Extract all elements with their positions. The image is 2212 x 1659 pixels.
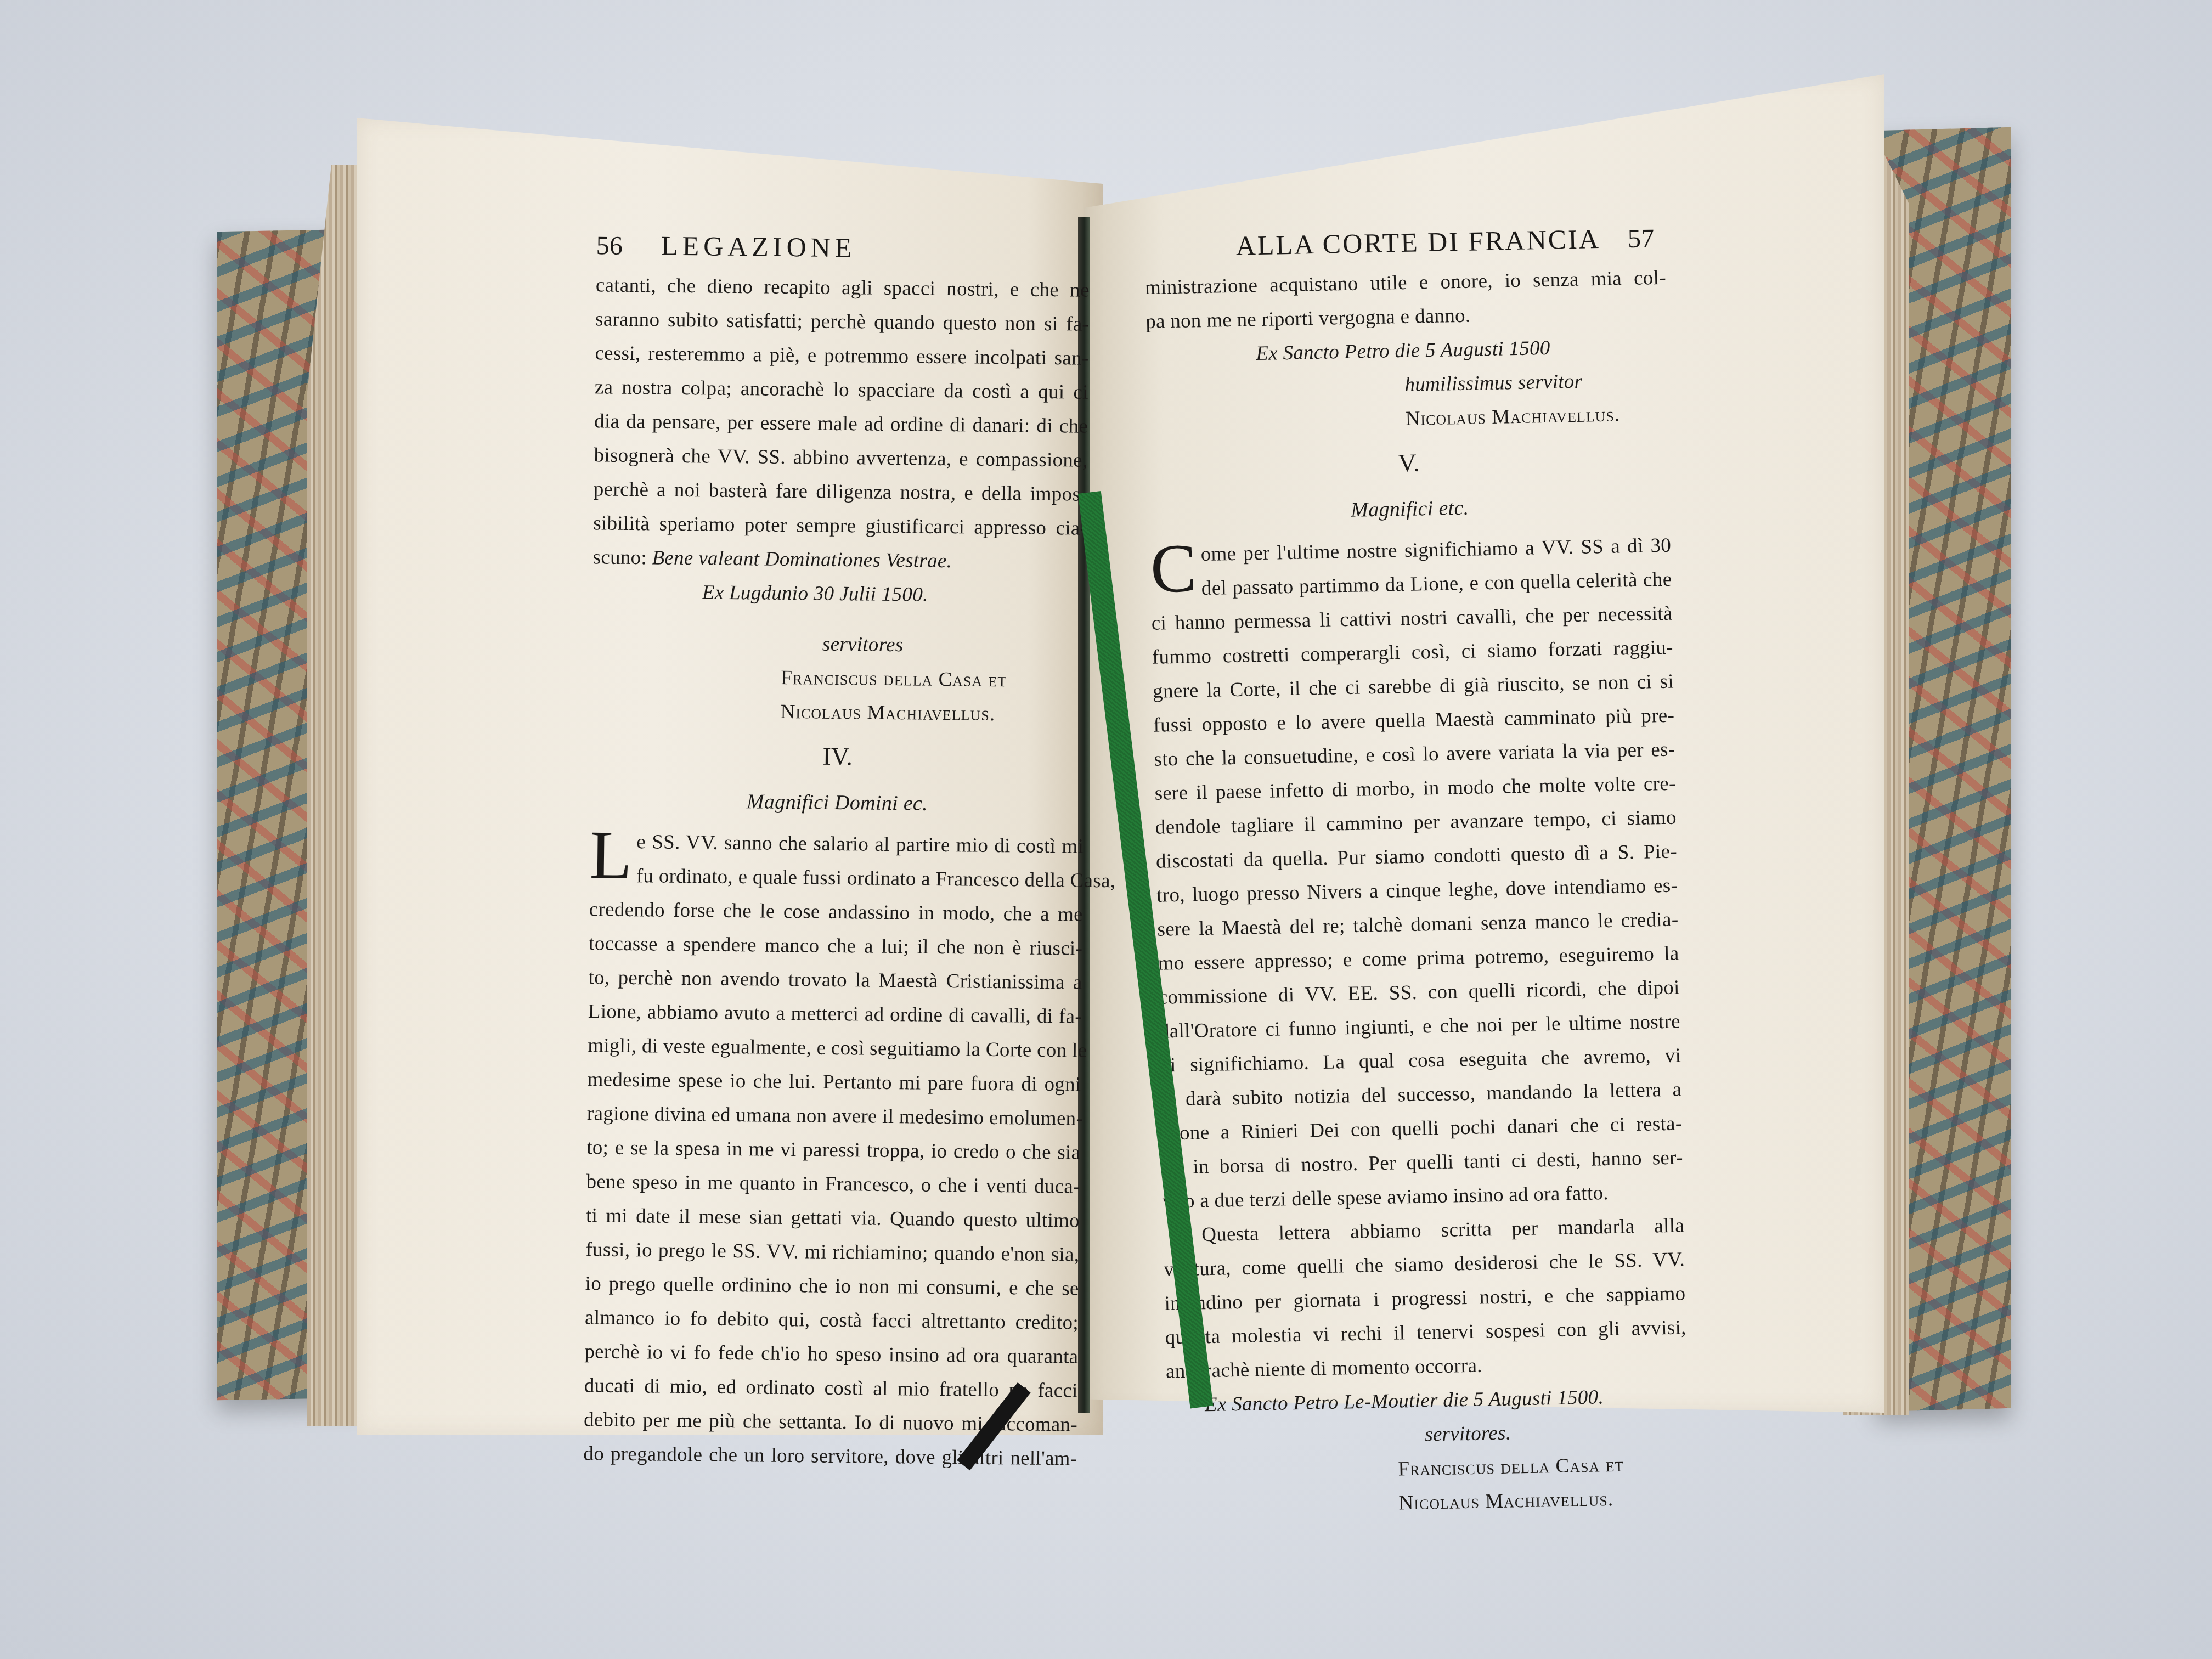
dateline: Ex Lugdunio 30 Julii 1500. <box>592 574 1087 613</box>
text-line: cessi, resteremmo a piè, e potremmo esse… <box>595 336 1089 375</box>
running-head-title: LEGAZIONE <box>661 229 856 265</box>
salutation: Magnifici etc. <box>1149 487 1671 531</box>
text-line: za nostra colpa; ancorachè lo spacciare … <box>595 370 1089 409</box>
text-line: do pregandole che un loro servitore, dov… <box>583 1437 1077 1476</box>
page-number: 56 <box>596 229 623 263</box>
page-number: 57 <box>1627 222 1655 256</box>
text-line: toccasse a spendere manco che a lui; il … <box>589 927 1083 966</box>
text-line: io prego quelle ordinino che io non mi c… <box>585 1267 1079 1306</box>
dropcap: C <box>1150 540 1197 598</box>
text-line: e SS. VV. sanno che salario al partire m… <box>590 825 1084 864</box>
text-line: fussi, io prego le SS. VV. mi richiamino… <box>585 1233 1080 1272</box>
signatory: Franciscus della Casa et <box>591 659 1086 698</box>
text-line: ragione divina ed umana non avere il med… <box>587 1097 1081 1136</box>
signoff-label: servitores <box>592 625 1086 664</box>
text-line: sibilità speriamo poter sempre giustific… <box>593 506 1087 545</box>
text-line: medesime spese io che lui. Pertanto mi p… <box>587 1063 1081 1102</box>
text-line: saranno subito satisfatti; perchè quando… <box>595 302 1090 341</box>
book-photo: 56 LEGAZIONE catanti, che dieno recapito… <box>0 0 2212 1659</box>
text-line: catanti, che dieno recapito agli spacci … <box>595 268 1090 307</box>
running-head-title: ALLA CORTE DI FRANCIA <box>1235 222 1600 263</box>
closing-line: scuno: Bene valeant Dominationes Vestrae… <box>592 540 1087 579</box>
text-line: to; e se la spesa in me vi paressi tropp… <box>586 1131 1081 1170</box>
text-line: ti mi date il mese sian gettati via. Qua… <box>586 1199 1080 1238</box>
text-line: bisognerà che VV. SS. abbino avvertenza,… <box>594 438 1088 477</box>
letter-number: V. <box>1148 441 1670 485</box>
closing-prefix: scuno: <box>592 546 647 569</box>
left-running-head: 56 LEGAZIONE <box>596 228 1090 268</box>
left-page-text: 56 LEGAZIONE catanti, che dieno recapito… <box>583 228 1090 1476</box>
text-line: credendo forse che le cose andassino in … <box>589 893 1084 932</box>
text-line: migli, di veste egualmente, e così segui… <box>588 1029 1082 1068</box>
text-line: dia da pensare, per essere male ad ordin… <box>594 404 1088 443</box>
text-line: perchè a noi basterà fare diligenza nost… <box>594 472 1088 511</box>
text-line: fu ordinato, e quale fussi ordinato a Fr… <box>589 859 1084 898</box>
dropcap: L <box>589 827 632 884</box>
letter-number: IV. <box>591 737 1085 776</box>
signatory: Nicolaus Machiavellus. <box>591 693 1085 732</box>
closing-formula: Bene valeant Dominationes Vestrae. <box>652 546 952 572</box>
text-line: to, perchè non avendo trovato la Maestà … <box>588 961 1082 1000</box>
text-line: Lione, abbiamo avuto a metterci ad ordin… <box>588 995 1082 1034</box>
salutation: Magnifici Domini ec. <box>590 783 1085 822</box>
right-page-text: ALLA CORTE DI FRANCIA 57 ministrazione a… <box>1144 221 1690 1525</box>
text-line: perchè io vi fo fede ch'io ho speso insi… <box>584 1335 1079 1374</box>
text-line: bene speso in me quanto in Francesco, o … <box>586 1165 1080 1204</box>
text-line: almanco io fo debito qui, costà facci al… <box>585 1301 1079 1340</box>
